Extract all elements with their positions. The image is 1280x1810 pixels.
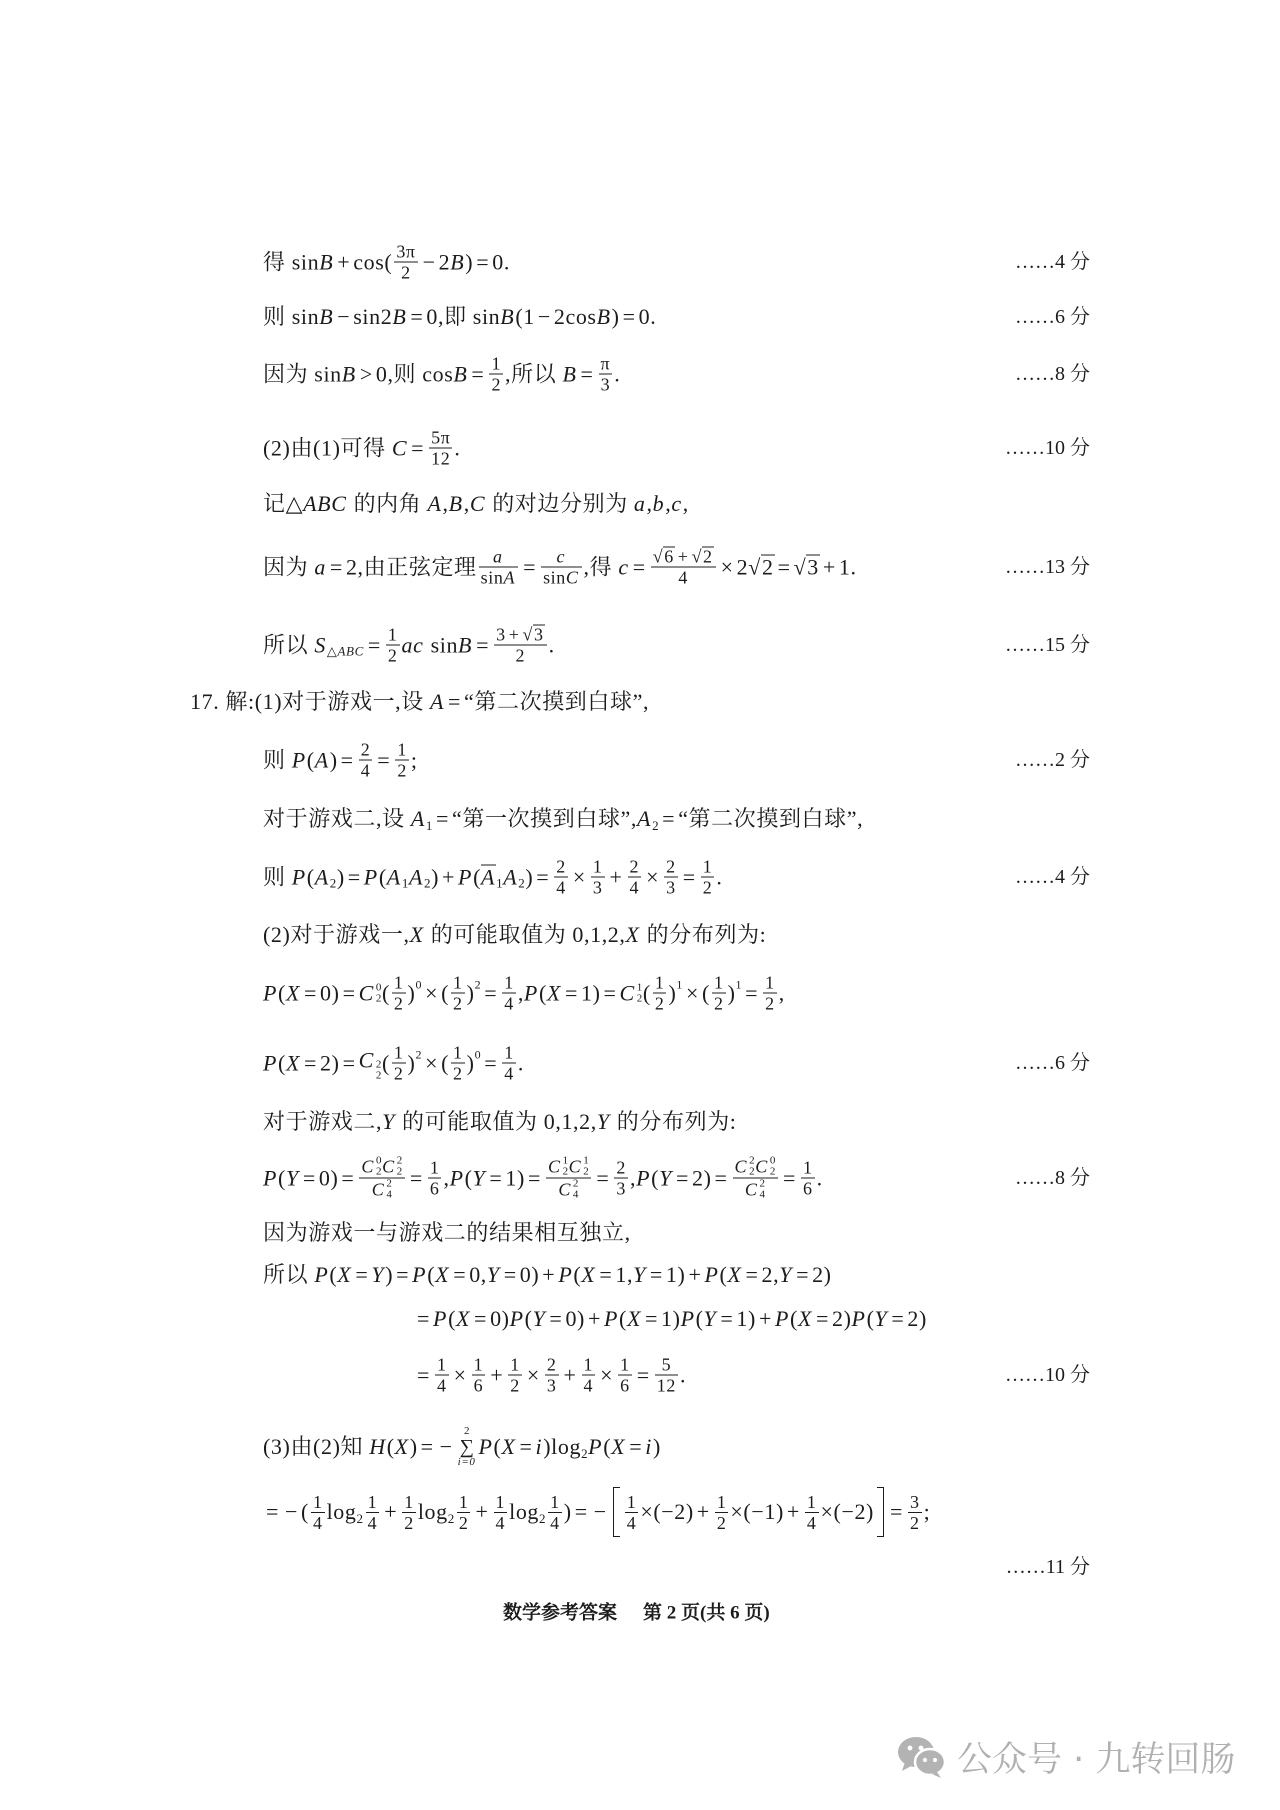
operator: = — [448, 687, 461, 717]
operator: = — [330, 552, 343, 582]
combination: C02 — [755, 1156, 776, 1178]
variable: X — [611, 1432, 626, 1462]
denominator: 12 — [429, 449, 452, 469]
variable: B — [319, 247, 334, 277]
text: sin2 — [353, 302, 392, 332]
watermark: 公众号 · 九转回肠 — [897, 1736, 1235, 1783]
fraction: 12 — [712, 973, 726, 1014]
operator: = — [715, 1163, 728, 1193]
denominator: 2 — [712, 994, 726, 1014]
text: ; — [411, 745, 418, 775]
text: ( — [643, 978, 651, 1008]
operator: = — [410, 302, 423, 332]
superscript: 1 — [676, 978, 683, 990]
numerator: 1 — [392, 973, 406, 994]
question-heading: 17. 解:(1)对于游戏一,设 — [190, 687, 430, 717]
complement-variable: A — [481, 865, 496, 889]
operator: = — [745, 978, 758, 1008]
variable: B — [342, 359, 357, 389]
variable: c — [671, 489, 682, 519]
denominator: 4 — [502, 994, 516, 1014]
variable: C — [392, 433, 408, 463]
summation: 2 ∑ i=0 — [458, 1426, 477, 1468]
text: 所以 — [263, 630, 314, 660]
variable: C — [735, 1157, 749, 1177]
subscript: 2 — [424, 877, 431, 890]
operator: = — [890, 1497, 903, 1527]
score-mark: ……13 分 — [1005, 552, 1090, 582]
denominator: 2 — [908, 1513, 922, 1533]
denominator: 2 — [701, 878, 715, 898]
q17-line-2: 则 P ( A ) = 24 = 12 ; — [263, 740, 418, 781]
numerator: 1 — [489, 354, 503, 375]
text: log — [327, 1497, 357, 1527]
q16-line-7: 所以 S △ABC = 12 ac sin B = 3+√3 2 . — [263, 625, 555, 666]
operator: = — [581, 359, 594, 389]
denominator: 4 — [805, 1513, 819, 1533]
denominator: 4 — [359, 761, 373, 781]
text: )log — [543, 1432, 581, 1462]
operator: = — [410, 1163, 423, 1193]
q17-line-15: = − ( 14 log 2 14 + 12 log 2 12 + 14 log… — [263, 1487, 930, 1537]
subscript: 4 — [386, 1190, 392, 1201]
score-mark: ……15 分 — [1005, 630, 1090, 660]
variable: P — [314, 1260, 329, 1290]
text: (2)对于游戏一, — [263, 920, 410, 950]
text: ( — [382, 978, 390, 1008]
numerator: 1 — [451, 1043, 465, 1064]
text: 对于游戏二,设 — [263, 804, 411, 834]
numerator: 1 — [472, 1355, 486, 1376]
operator: + — [542, 1260, 555, 1290]
sqrt-icon: √ — [653, 547, 663, 567]
operator: + — [442, 862, 455, 892]
operator: = — [489, 1163, 502, 1193]
text: 1. — [839, 552, 857, 582]
superscript: 0 — [415, 978, 422, 990]
text: 因为 sin — [263, 359, 342, 389]
text: 0) — [320, 978, 340, 1008]
variable: Y — [286, 1163, 300, 1193]
variable: Y — [382, 1107, 396, 1137]
variable: A — [411, 804, 426, 834]
denominator: 4 — [435, 1376, 449, 1396]
text: 3 — [496, 625, 506, 645]
text: ( — [651, 1163, 659, 1193]
sqrt-icon: √ — [692, 547, 702, 567]
operator: = — [796, 1260, 809, 1290]
operator: = — [629, 1432, 642, 1462]
fraction: π3 — [599, 354, 613, 395]
text: 0,则 cos — [376, 359, 454, 389]
variable: C — [372, 1180, 386, 1200]
text: ×(−2) — [640, 1497, 693, 1527]
text: 的内角 — [347, 489, 427, 519]
numerator: 1 — [451, 973, 465, 994]
denominator: 2 — [394, 263, 417, 283]
variable: B — [450, 247, 465, 277]
fraction: 32 — [908, 1492, 922, 1533]
numerator: 1 — [508, 1355, 522, 1376]
combination: C12 — [620, 978, 643, 1008]
subscript: △ABC — [327, 645, 365, 658]
q16-line-3: 因为 sin B > 0,则 cos B = 12 ,所以 B = π3 . — [263, 354, 620, 395]
subscript: 2 — [397, 1167, 403, 1178]
variable: C — [569, 1157, 583, 1177]
numerator: 1 — [548, 1492, 562, 1513]
operator: = — [676, 1163, 689, 1193]
denominator: sinA — [479, 568, 518, 588]
denominator: 2 — [402, 1513, 416, 1533]
denominator: 2 — [715, 1513, 729, 1533]
operator: = — [650, 1260, 663, 1290]
variable: B — [392, 302, 407, 332]
operator: − — [538, 302, 551, 332]
denominator: 3 — [599, 375, 613, 395]
text: sin — [481, 568, 504, 588]
variable: P — [433, 1304, 448, 1334]
variable: C — [620, 978, 636, 1008]
variable: X — [501, 1432, 516, 1462]
operator: + — [610, 862, 623, 892]
superscript: 1 — [736, 978, 743, 990]
operator: = — [304, 1048, 317, 1078]
q17-line-7: P ( X = 2) = C22 ( 12 ) 2 × ( 12 ) 0 = 1… — [263, 1043, 524, 1084]
text: ,得 — [584, 552, 619, 582]
combination: C12 — [569, 1156, 590, 1178]
operator: = — [484, 978, 497, 1008]
text: ) — [431, 862, 439, 892]
score-mark: ……11 分 — [1006, 1552, 1090, 1582]
variable: P — [704, 1260, 719, 1290]
q17-line-5: (2)对于游戏一, X 的可能取值为 0,1,2, X 的分布列为: — [263, 920, 766, 950]
fraction: 512 — [655, 1355, 678, 1396]
denominator: 6 — [472, 1376, 486, 1396]
variable: A — [428, 489, 443, 519]
denominator: 2 — [395, 761, 409, 781]
denominator: C24 — [359, 1179, 404, 1201]
numerator: 1 — [502, 1043, 516, 1064]
fraction: 12 — [392, 973, 406, 1014]
variable: P — [263, 1163, 278, 1193]
denominator: 4 — [502, 1064, 516, 1084]
text: 2) — [832, 1304, 852, 1334]
sqrt-icon: √ — [522, 625, 532, 645]
variable: P — [852, 1304, 867, 1334]
variable: P — [636, 1163, 651, 1193]
numerator: 1 — [457, 1492, 471, 1513]
operator: × — [527, 1360, 540, 1390]
text: ( — [441, 978, 449, 1008]
text: ) — [525, 862, 533, 892]
fraction: C22 C02 C24 — [733, 1156, 778, 1201]
fraction: 12 — [451, 1043, 465, 1084]
variable: C — [566, 568, 580, 588]
text: 因为游戏一与游戏二的结果相互独立, — [263, 1218, 631, 1248]
operator: = — [720, 1304, 733, 1334]
operator: + — [823, 552, 836, 582]
text: ( — [278, 1163, 286, 1193]
text: 2 — [439, 247, 451, 277]
variable: P — [263, 978, 278, 1008]
text: 2cos — [554, 302, 597, 332]
operator: = — [536, 862, 549, 892]
q17-line-14: (3)由(2)知 H ( X ) = − 2 ∑ i=0 P ( X = i )… — [263, 1426, 661, 1468]
denominator: 12 — [655, 1376, 678, 1396]
fraction: 14 — [311, 1492, 325, 1533]
operator: + — [678, 547, 689, 567]
text: 1) — [736, 1304, 756, 1334]
operator: + — [384, 1497, 397, 1527]
operator: = — [417, 1304, 430, 1334]
variable: Y — [473, 1163, 487, 1193]
fraction: 23 — [664, 857, 678, 898]
text: . — [518, 1048, 524, 1078]
operator: = — [266, 1497, 279, 1527]
text: ( — [465, 1163, 473, 1193]
numerator: 1 — [311, 1492, 325, 1513]
variable: X — [337, 1260, 352, 1290]
variable: X — [410, 920, 425, 950]
text: 0,即 sin — [426, 302, 500, 332]
numerator: 2 — [614, 1158, 628, 1179]
variable: Y — [779, 1260, 793, 1290]
denominator: 4 — [554, 878, 568, 898]
operator: = — [476, 630, 489, 660]
operator: = — [565, 978, 578, 1008]
text: ) — [653, 1432, 661, 1462]
text: 记△ — [263, 489, 303, 519]
variable: A — [637, 804, 652, 834]
operator: = — [662, 804, 675, 834]
text: log — [509, 1497, 539, 1527]
operator: = — [396, 1260, 409, 1290]
fraction: 12 — [715, 1492, 729, 1533]
variable: X — [626, 920, 641, 950]
text: ) — [612, 302, 620, 332]
text: log — [418, 1497, 448, 1527]
superscript: 0 — [475, 1048, 482, 1060]
text: 0) — [565, 1304, 585, 1334]
fraction: 14 — [548, 1492, 562, 1533]
subscript: 2 — [652, 819, 659, 832]
variable: A — [315, 862, 330, 892]
radicand: 3 — [806, 555, 820, 579]
operator: − — [423, 247, 436, 277]
operator: − — [285, 1497, 298, 1527]
subscript: 4 — [573, 1190, 579, 1201]
text: . — [716, 862, 722, 892]
variable: P — [604, 1304, 619, 1334]
denominator: 3 — [591, 878, 605, 898]
text: ) — [408, 1048, 416, 1078]
operator: × — [573, 862, 586, 892]
variable: P — [775, 1304, 790, 1334]
fraction: C02 C22 C24 — [359, 1156, 404, 1201]
text: 的对边分别为 — [486, 489, 634, 519]
variable: B — [319, 302, 334, 332]
denominator: C24 — [733, 1179, 778, 1201]
combination: C22 — [735, 1156, 756, 1178]
radicand: 3 — [533, 625, 545, 645]
variable: P — [412, 1260, 427, 1290]
operator: = — [575, 1497, 588, 1527]
variable: C — [548, 1157, 562, 1177]
text: . — [680, 1360, 686, 1390]
q17-line-3: 对于游戏二,设 A 1 = “第一次摸到白球”, A 2 = “第二次摸到白球”… — [263, 804, 863, 834]
operator: = — [343, 978, 356, 1008]
fraction: 12 — [701, 857, 715, 898]
text: 1) — [581, 978, 601, 1008]
text: . — [549, 630, 555, 660]
q17-line-9: P ( Y = 0) = C02 C22 C24 = 16 , P ( Y = … — [263, 1156, 823, 1201]
fraction: 16 — [801, 1158, 815, 1199]
q16-line-4: (2)由(1)可得 C = 5π12 . — [263, 428, 461, 469]
variable: X — [395, 1432, 410, 1462]
operator: + — [697, 1497, 710, 1527]
fraction: a sinA — [479, 547, 518, 588]
q16-line-2: 则 sin B − sin2 B = 0,即 sin B (1 − 2cos B… — [263, 302, 656, 332]
numerator: 1 — [494, 1492, 508, 1513]
denominator: 2 — [494, 646, 546, 666]
numerator: 5π — [429, 428, 452, 449]
text: “第二次摸到白球”, — [678, 804, 863, 834]
numerator: 1 — [763, 973, 777, 994]
combination: C02 — [361, 1156, 382, 1178]
text: 2) — [320, 1048, 340, 1078]
text: 0, — [469, 1260, 487, 1290]
fraction: 12 — [489, 354, 503, 395]
text: . — [817, 1163, 823, 1193]
q17-line-1: 17. 解:(1)对于游戏一,设 A = “第二次摸到白球”, — [190, 687, 649, 717]
text: ) — [564, 1497, 572, 1527]
denominator: 2 — [653, 994, 667, 1014]
operator: − — [337, 302, 350, 332]
text: . — [614, 359, 620, 389]
numerator: C22 C02 — [733, 1156, 778, 1179]
fraction: 24 — [628, 857, 642, 898]
fraction: 3π2 — [394, 242, 417, 283]
operator: = — [816, 1304, 829, 1334]
text: ( — [278, 1048, 286, 1078]
operator: = — [341, 745, 354, 775]
sqrt-icon: √ — [748, 552, 761, 582]
variable: Y — [533, 1304, 547, 1334]
subscript: 2 — [518, 877, 525, 890]
numerator: c — [541, 547, 581, 568]
variable: A — [409, 862, 424, 892]
text: 的可能取值为 0,1,2, — [396, 1107, 597, 1137]
numerator: 1 — [386, 625, 400, 646]
operator: = — [368, 630, 381, 660]
operator: + — [475, 1497, 488, 1527]
radicand: 2 — [702, 547, 714, 567]
text: (1 — [515, 302, 535, 332]
operator: = — [504, 1260, 517, 1290]
operator: = — [341, 1163, 354, 1193]
denominator: 4 — [548, 1513, 562, 1533]
variable: B — [500, 302, 515, 332]
numerator: 1 — [582, 1355, 596, 1376]
variable: c — [556, 547, 566, 567]
fraction: 12 — [457, 1492, 471, 1533]
sigma-icon: ∑ — [460, 1437, 475, 1457]
index-stack: 24 — [386, 1179, 392, 1201]
text: cos( — [353, 247, 392, 277]
combination: C22 — [382, 1156, 403, 1178]
fraction: 14 — [582, 1355, 596, 1396]
text: sin — [424, 630, 458, 660]
operator: = — [453, 1260, 466, 1290]
operator: = — [484, 1048, 497, 1078]
subscript: 1 — [426, 819, 433, 832]
numerator: 2 — [664, 857, 678, 878]
fraction: 14 — [435, 1355, 449, 1396]
text: 的可能取值为 0,1,2, — [425, 920, 626, 950]
operator: = — [783, 1163, 796, 1193]
variable: X — [286, 978, 301, 1008]
variable: X — [435, 1260, 450, 1290]
wechat-icon — [897, 1736, 947, 1783]
numerator: 1 — [428, 1158, 442, 1179]
variable: P — [558, 1260, 573, 1290]
variable: P — [524, 978, 539, 1008]
operator: = — [549, 1304, 562, 1334]
fraction: 16 — [428, 1158, 442, 1199]
numerator: 1 — [653, 973, 667, 994]
fraction: c sinC — [541, 547, 581, 588]
operator: + — [509, 625, 520, 645]
index-stack: 12 — [583, 1156, 589, 1178]
numerator: 1 — [801, 1158, 815, 1179]
denominator: 6 — [618, 1376, 632, 1396]
variable: B — [562, 359, 577, 389]
fraction: 12 — [508, 1355, 522, 1396]
variable: X — [547, 978, 562, 1008]
variable: C — [382, 1157, 396, 1177]
operator: = — [633, 552, 646, 582]
variable: ABC — [303, 489, 347, 519]
text: ) — [410, 1432, 418, 1462]
denominator: 3 — [614, 1179, 628, 1199]
operator: × — [425, 978, 438, 1008]
subscript: 2 — [583, 1167, 589, 1178]
variable: X — [286, 1048, 301, 1078]
text: ( — [525, 1304, 533, 1334]
fraction: 24 — [359, 740, 373, 781]
text: 4 — [678, 568, 688, 588]
fraction: 16 — [472, 1355, 486, 1396]
subscript: 2 — [770, 1167, 776, 1178]
operator: = — [519, 1432, 532, 1462]
operator: × — [600, 1360, 613, 1390]
operator: + — [490, 1360, 503, 1390]
combination: C22 — [359, 1045, 382, 1081]
text: 2) — [692, 1163, 712, 1193]
text: ) — [408, 978, 416, 1008]
variable: B — [597, 302, 612, 332]
text: 2 — [737, 552, 749, 582]
variable: A — [430, 687, 445, 717]
fraction: 14 — [502, 973, 516, 1014]
score-mark: ……4 分 — [1015, 862, 1090, 892]
variable: A — [503, 568, 516, 588]
operator: = — [436, 804, 449, 834]
text: ×(−2) — [821, 1497, 874, 1527]
denominator: 2 — [392, 1064, 406, 1084]
operator: = — [476, 247, 489, 277]
operator: × — [686, 978, 699, 1008]
